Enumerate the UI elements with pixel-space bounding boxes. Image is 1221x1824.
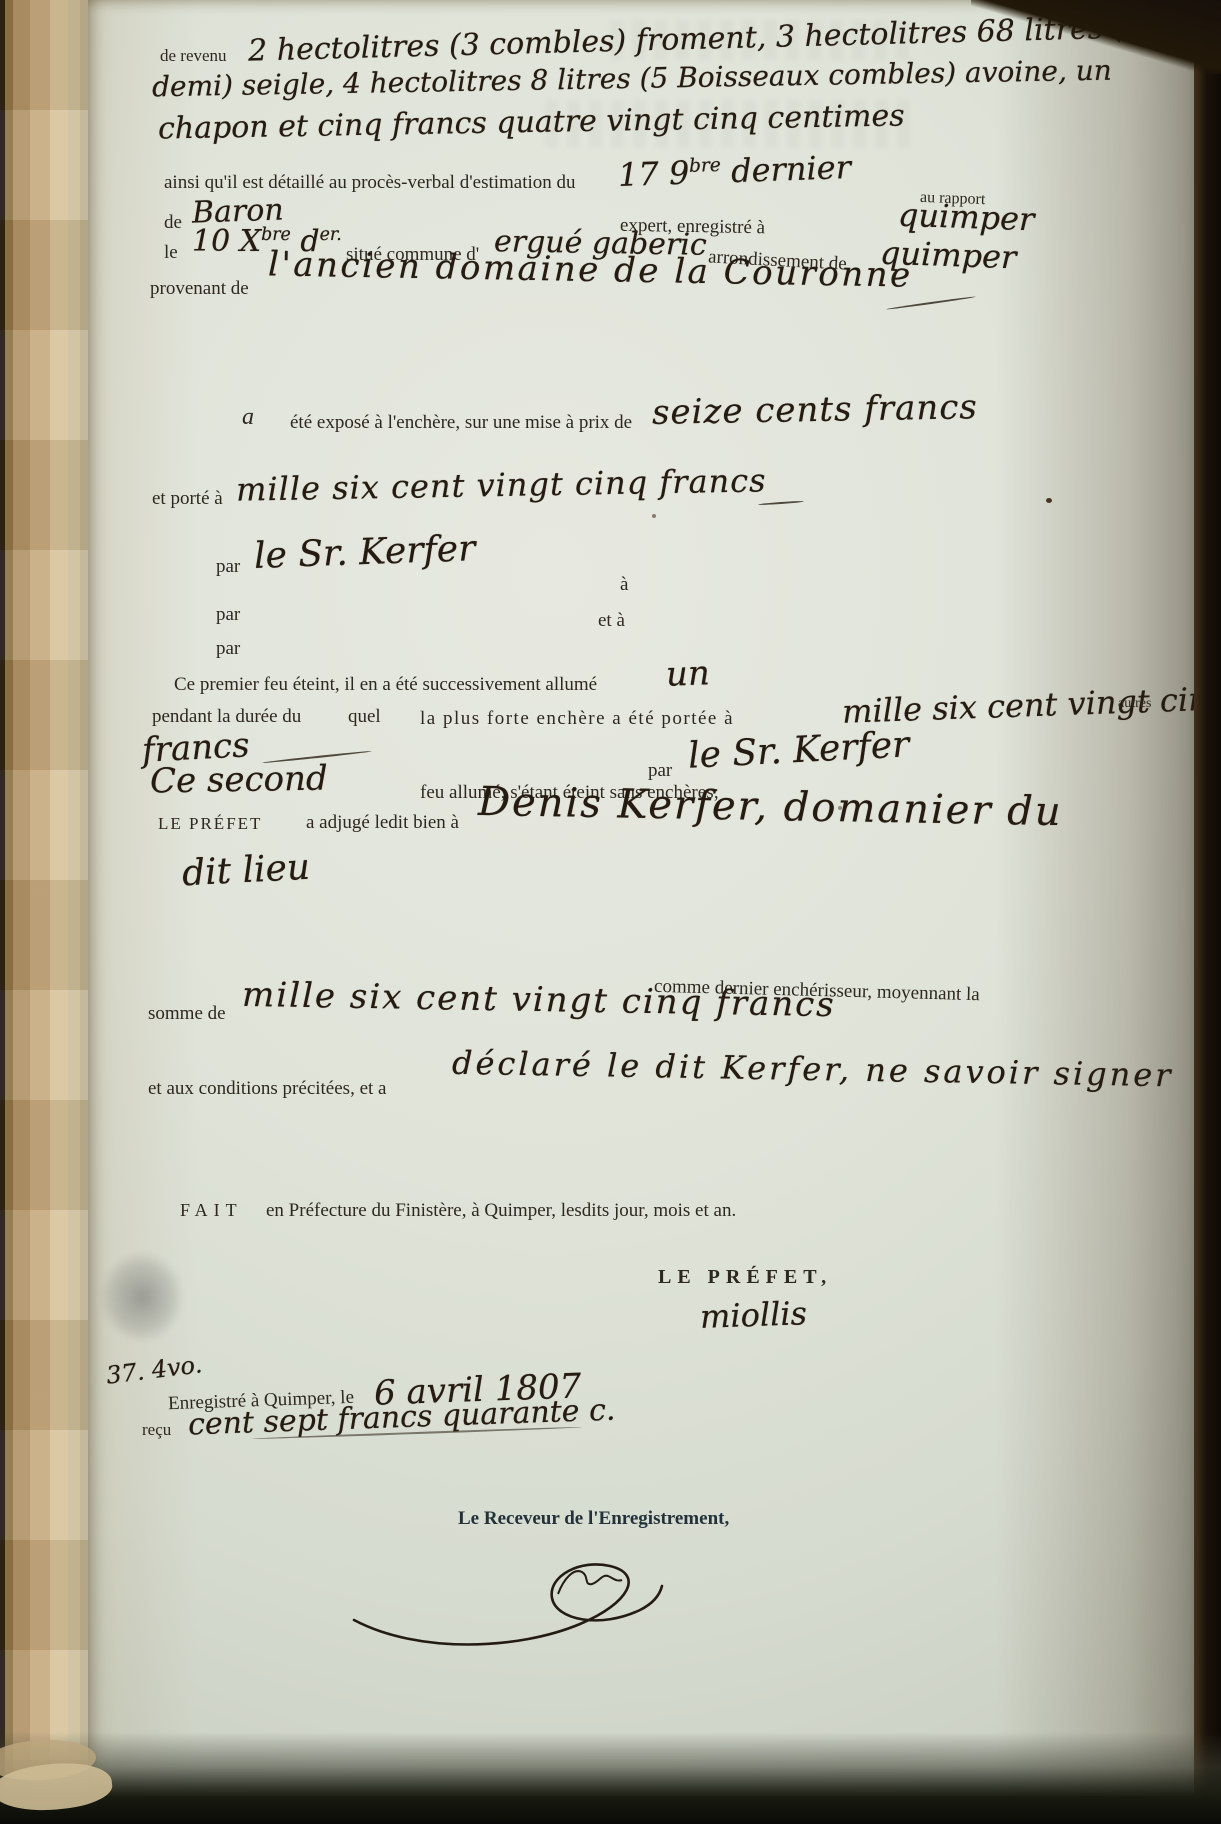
printed-plus-forte-enchere: la plus forte enchère a été portée à: [420, 708, 734, 730]
printed-a: a: [242, 404, 254, 431]
printed-quel: quel: [348, 706, 381, 728]
printed-le: le: [164, 242, 178, 264]
hand-ce-second: Ce second: [150, 758, 328, 801]
dark-border-right: [1194, 0, 1221, 1824]
printed-provenant-de: provenant de: [150, 278, 249, 300]
hand-registration-city: quimper: [897, 196, 1035, 239]
printed-recu: reçu: [142, 1420, 171, 1440]
hand-estimation-date: 17 9bre dernier: [617, 148, 851, 194]
ink-spot: [838, 806, 842, 810]
reg-date-day: 10 X: [192, 224, 261, 259]
printed-par-1: par: [216, 556, 240, 578]
printed-de: de: [164, 212, 182, 234]
printed-le-prefet-smallcaps: LE PRÉFET: [158, 814, 262, 834]
estimation-date-day: 17 9: [617, 154, 690, 194]
printed-premier-feu: Ce premier feu éteint, il en a été succe…: [174, 674, 597, 696]
printed-fait-word: FAIT: [180, 1200, 243, 1221]
dark-border-bottom: [0, 1732, 1221, 1824]
reg-date-month-sup: bre: [261, 225, 291, 245]
printed-fait-prefecture: en Préfecture du Finistère, à Quimper, l…: [266, 1200, 736, 1222]
estimation-date-rest: dernier: [720, 148, 851, 191]
hand-un: un: [665, 653, 710, 695]
printed-par-3: par: [216, 638, 240, 660]
prefet-signature: miollis: [699, 1294, 807, 1336]
printed-conditions-precitees: et aux conditions précitées, et a: [148, 1078, 386, 1100]
hand-bidder-1: le Sr. Kerfer: [253, 528, 476, 577]
printed-receveur-title: Le Receveur de l'Enregistrement,: [458, 1508, 729, 1530]
estimation-date-month-sup: bre: [689, 155, 721, 177]
printed-a-2: à: [620, 574, 628, 596]
book-page-edges-left: [0, 0, 88, 1824]
printed-adjuge-ledit-bien: a adjugé ledit bien à: [306, 812, 459, 834]
printed-autres: autres: [1118, 696, 1151, 712]
printed-de-revenu: de revenu: [160, 46, 227, 66]
printed-et-porte-a: et porté à: [152, 488, 223, 510]
ink-spot: [652, 514, 656, 518]
ink-spot: [1046, 498, 1052, 503]
printed-pendant-duree: pendant la durée du: [152, 706, 301, 728]
fingerprint-smudge: [88, 1238, 196, 1356]
reg-date-sup2: er.: [320, 225, 342, 245]
printed-expose-enchere: été exposé à l'enchère, sur une mise à p…: [290, 412, 632, 434]
printed-ainsi-detaille: ainsi qu'il est détaillé au procès-verba…: [164, 172, 576, 194]
dark-corner-top-right: [971, 0, 1221, 74]
receveur-signature: [348, 1532, 668, 1662]
document-photo: de revenu 2 hectolitres (3 combles) from…: [0, 0, 1221, 1824]
hand-mise-a-prix: seize cents francs: [652, 387, 978, 433]
printed-par-2: par: [216, 604, 240, 626]
printed-somme-de: somme de: [148, 1003, 226, 1025]
printed-et-a: et à: [598, 610, 625, 632]
hand-dit-lieu: dit lieu: [181, 847, 311, 895]
printed-le-prefet-title: LE PRÉFET,: [658, 1266, 832, 1289]
printed-par-4: par: [648, 760, 672, 782]
